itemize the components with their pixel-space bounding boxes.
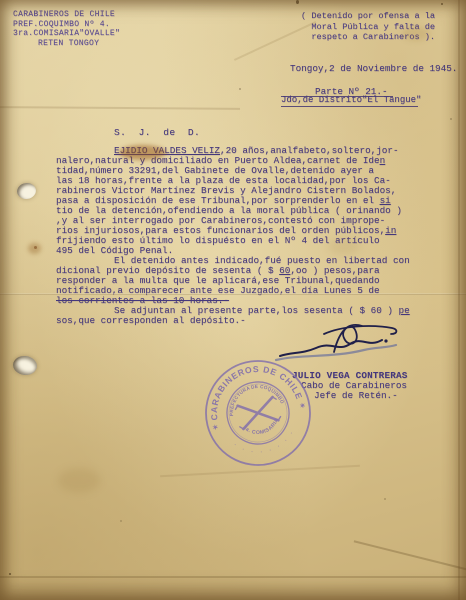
salutation: S. J. de D.	[114, 127, 200, 138]
paper-crease	[0, 106, 240, 109]
paper-stain	[58, 468, 100, 493]
stamp-star-left: ✶	[211, 423, 219, 432]
dateline: Tongoy,2 de Noviembre de 1945.	[290, 63, 457, 74]
subject-note: ( Detenido por ofensa a la Moral Pública…	[301, 11, 435, 43]
typed-underline	[281, 106, 418, 107]
letterhead-line: RETEN TONGOY	[13, 39, 120, 49]
ink-speck	[120, 520, 122, 522]
document-page: CARABINEROS DE CHILE PREF.COQUIMBO Nº 4.…	[0, 0, 466, 600]
paper-crease	[458, 0, 460, 600]
stamp-star-right: ✶	[299, 401, 307, 410]
subject-note-line: respeto a Carabineros ).	[301, 32, 435, 43]
letterhead-line: CARABINEROS DE CHILE	[13, 10, 120, 20]
ink-speck	[384, 498, 386, 500]
subject-note-line: Moral Pública y falta de	[301, 22, 435, 33]
punch-hole-bottom	[12, 355, 38, 376]
rubber-stamp: CARABINEROS DE CHILE · · · · · · · · PRE…	[193, 354, 323, 472]
ink-speck	[441, 3, 443, 5]
ink-speck	[34, 246, 37, 249]
paper-crease	[0, 576, 466, 578]
ink-speck	[450, 118, 452, 120]
subject-note-line: ( Detenido por ofensa a la	[301, 11, 435, 22]
ink-speck	[296, 0, 299, 4]
letterhead-line: PREF.COQUIMBO Nº 4.	[13, 20, 120, 30]
punch-hole-top	[16, 182, 37, 200]
paper-crease	[354, 540, 466, 573]
paper-stain	[28, 243, 41, 254]
letterhead-line: 3ra.COMISARIA"OVALLE"	[13, 29, 120, 39]
ink-speck	[9, 573, 11, 575]
ink-speck	[239, 88, 241, 90]
court-line: Jdo,de Distrito"El Tangue"	[281, 95, 421, 105]
letterhead: CARABINEROS DE CHILE PREF.COQUIMBO Nº 4.…	[13, 10, 120, 48]
body-text: EJIDIO VALDES VELIZ,20 años,analfabeto,s…	[56, 146, 428, 326]
